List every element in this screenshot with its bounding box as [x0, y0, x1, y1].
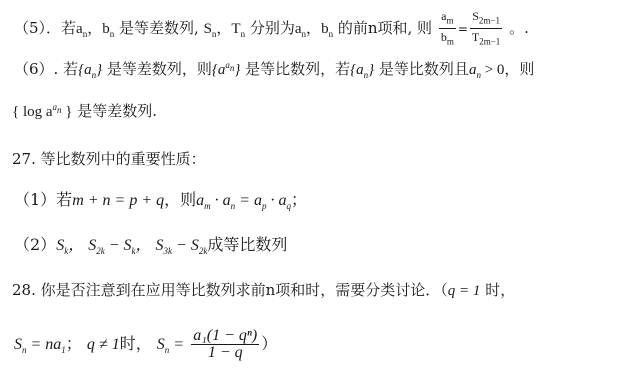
set-a-power-an: {aan} [212, 62, 241, 78]
T-n: Tn [231, 21, 245, 37]
set-an: {an} [78, 62, 102, 78]
a-n: an [76, 21, 87, 37]
property-2: （2）Sk， S2k − Sk， S3k − S2k成等比数列 [14, 232, 287, 256]
item-6-line-1: （6）. 若{an} 是等差数列，则{aan} 是等比数列，若{an} 是等比数… [14, 58, 534, 80]
S-n: Sn [204, 21, 217, 37]
product-formula: am · an = ap · aq [196, 192, 291, 209]
item-5-line: （5）．若an，bn 是等差数列, Sn，Tn 分别为an，bn 的前n项和, … [14, 8, 529, 50]
section-28-line-2: Sn = na1； q ≠ 1时， Sn = a₁(1 − qⁿ)1 − q） [14, 328, 277, 361]
sum-formula-fraction: a₁(1 − qⁿ)1 − q [191, 328, 259, 361]
section-28-line-1: 28. 你是否注意到在应用等比数列求前n项和时，需要分类讨论．（q = 1 时， [12, 279, 515, 300]
item-5-prefix: （5）．若 [14, 19, 76, 37]
property-1: （1）若m + n = p + q，则am · an = ap · aq； [14, 187, 307, 211]
section-27-title: 27. 等比数列中的重要性质： [12, 148, 206, 169]
b-n: bn [102, 21, 114, 37]
fraction-S-T: S2m−1T2m−1 [470, 8, 502, 50]
log-set: { log aan } [12, 104, 72, 120]
item-6-line-2: { log aan } 是等差数列. [12, 100, 157, 121]
fraction-am-bm: ambm [439, 8, 456, 50]
partial-sums: Sk， S2k − Sk， S3k − S2k [56, 237, 207, 254]
